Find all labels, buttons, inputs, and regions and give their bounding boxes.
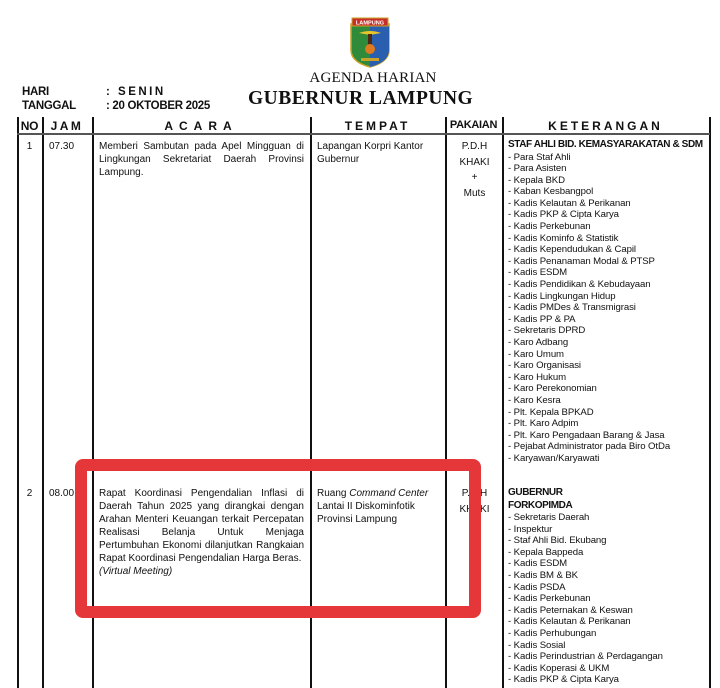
lampung-emblem-icon: LAMPUNG <box>349 16 391 68</box>
row-location: Lapangan Korpri Kantor Gubernur <box>317 140 442 166</box>
notes-list: Para Staf AhliPara AsistenKepala BKDKaba… <box>508 152 708 465</box>
column-header-pakaian: PAKAIAN <box>445 119 502 131</box>
column-divider <box>42 117 44 688</box>
notes-item: Staf Ahli Bid. Ekubang <box>508 535 708 547</box>
notes-item: Kadis ESDM <box>508 558 708 570</box>
event-description: Memberi Sambutan pada Apel Mingguan di L… <box>99 140 304 179</box>
notes-item: Para Staf Ahli <box>508 152 708 164</box>
notes-item: Plt. Kepala BPKAD <box>508 407 708 419</box>
notes-item: Plt. Karo Adpim <box>508 418 708 430</box>
tanggal-label: TANGGAL <box>22 100 76 112</box>
column-header-jam: JAM <box>42 119 92 133</box>
notes-item: Sekretaris Daerah <box>508 512 708 524</box>
notes-item: Kadis PP & PA <box>508 314 708 326</box>
notes-item: Kepala Bappeda <box>508 547 708 559</box>
notes-item: Inspektur <box>508 524 708 536</box>
column-header-keterangan: KETERANGAN <box>502 119 709 133</box>
tanggal-value: : 20 OKTOBER 2025 <box>106 100 210 112</box>
notes-item: Kadis Kependudukan & Capil <box>508 244 708 256</box>
notes-item: Karo Organisasi <box>508 360 708 372</box>
notes-heading: GUBERNUR FORKOPIMDA <box>508 487 628 512</box>
notes-item: Kadis Kelautan & Perikanan <box>508 198 708 210</box>
notes-item: Kadis PKP & Cipta Karya <box>508 209 708 221</box>
notes-item: Kadis Kelautan & Perikanan <box>508 616 708 628</box>
notes-item: Karo Kesra <box>508 395 708 407</box>
notes-item: Kadis Sosial <box>508 640 708 652</box>
notes-item: Kadis Pendidikan & Kebudayaan <box>508 279 708 291</box>
column-header-tempat: TEMPAT <box>310 119 445 133</box>
notes-heading: STAF AHLI BID. KEMASYARAKATAN & SDM <box>508 139 708 152</box>
notes-item: Karo Perekonomian <box>508 383 708 395</box>
notes-item: Kadis ESDM <box>508 267 708 279</box>
official-title: GUBERNUR LAMPUNG <box>248 88 473 110</box>
notes-item: Sekretaris DPRD <box>508 325 708 337</box>
notes-item: Karo Umum <box>508 349 708 361</box>
notes-item: Karyawan/Karyawati <box>508 453 708 465</box>
notes-list: Sekretaris DaerahInspekturStaf Ahli Bid.… <box>508 512 708 686</box>
table-border <box>709 117 711 688</box>
notes-item: Kadis PMDes & Transmigrasi <box>508 302 708 314</box>
notes-item: Karo Hukum <box>508 372 708 384</box>
column-divider <box>502 117 504 688</box>
table-border <box>17 117 19 688</box>
notes-item: Pejabat Administrator pada Biro OtDa <box>508 441 708 453</box>
notes-item: Kadis Perhubungan <box>508 628 708 640</box>
notes-item: Kadis Perindustrian & Perdagangan <box>508 651 708 663</box>
notes-item: Kadis Perkebunan <box>508 593 708 605</box>
notes-item: Kadis Peternakan & Keswan <box>508 605 708 617</box>
notes-item: Kadis Penanaman Modal & PTSP <box>508 256 708 268</box>
row-attire: P.D.H KHAKI + Muts <box>447 139 502 201</box>
notes-item: Kadis Perkebunan <box>508 221 708 233</box>
notes-item: Kadis Lingkungan Hidup <box>508 291 708 303</box>
notes-item: Plt. Karo Pengadaan Barang & Jasa <box>508 430 708 442</box>
row-notes: STAF AHLI BID. KEMASYARAKATAN & SDM Para… <box>508 139 708 465</box>
notes-item: Para Asisten <box>508 163 708 175</box>
notes-item: Karo Adbang <box>508 337 708 349</box>
notes-item: Kadis PKP & Cipta Karya <box>508 674 708 686</box>
notes-item: Kadis PSDA <box>508 582 708 594</box>
notes-item: Kadis Kominfo & Statistik <box>508 233 708 245</box>
row-number: 1 <box>17 140 42 153</box>
header-divider <box>17 133 710 135</box>
row-time: 07.30 <box>49 140 89 153</box>
notes-item: Kepala BKD <box>508 175 708 187</box>
hari-value: : SENIN <box>106 86 166 98</box>
row-number: 2 <box>17 487 42 500</box>
column-header-acara: ACARA <box>92 119 310 133</box>
svg-text:LAMPUNG: LAMPUNG <box>356 20 384 26</box>
hari-label: HARI <box>22 86 49 98</box>
attire-line: KHAKI <box>447 155 502 171</box>
notes-item: Kadis BM & BK <box>508 570 708 582</box>
notes-item: Kaban Kesbangpol <box>508 186 708 198</box>
agenda-title: AGENDA HARIAN <box>0 70 720 87</box>
attire-line: P.D.H <box>447 139 502 155</box>
notes-item: Kadis Koperasi & UKM <box>508 663 708 675</box>
attire-line: + <box>447 170 502 186</box>
highlight-annotation <box>75 459 481 618</box>
row-event: Memberi Sambutan pada Apel Mingguan di L… <box>99 140 304 179</box>
attire-line: Muts <box>447 186 502 202</box>
column-header-no: NO <box>17 119 42 133</box>
row-notes: GUBERNUR FORKOPIMDA Sekretaris DaerahIns… <box>508 487 708 686</box>
